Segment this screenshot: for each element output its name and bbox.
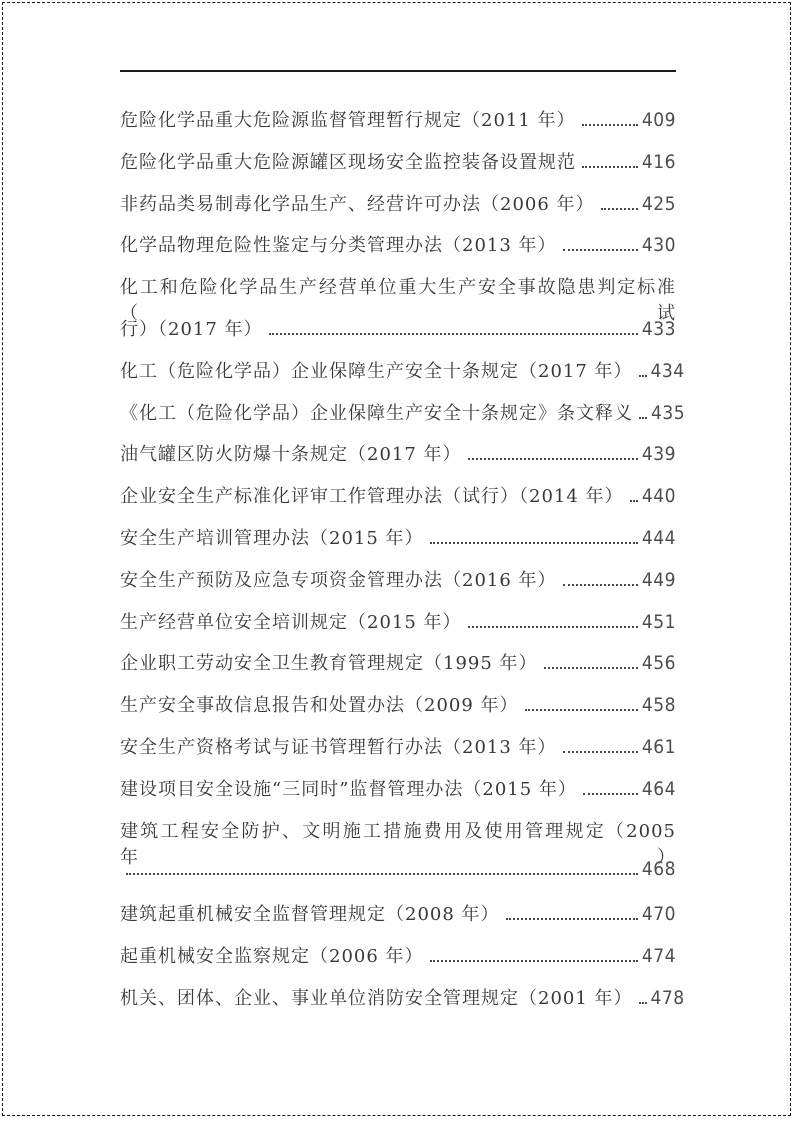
toc-entry-title: 企业安全生产标准化评审工作管理办法（试行）（2014 年） <box>120 482 624 508</box>
leader-dots <box>525 709 638 711</box>
toc-entry-title: 安全生产预防及应急专项资金管理办法（2016 年） <box>120 566 557 592</box>
leader-dots <box>582 124 638 126</box>
toc-entry-title: 危险化学品重大危险源罐区现场安全监控装备设置规范 <box>120 148 576 174</box>
toc-page-number: 474 <box>642 945 676 967</box>
leader-dots <box>639 1002 647 1004</box>
toc-page-number: 439 <box>642 443 676 465</box>
leader-dots <box>544 667 638 669</box>
header-rule <box>120 70 676 72</box>
leader-dots <box>468 626 638 628</box>
leader-dots <box>269 333 638 335</box>
leader-dots <box>639 375 647 377</box>
toc-entry-title: 化工（危险化学品）企业保障生产安全十条规定（2017 年） <box>120 357 633 383</box>
toc-entry-line: 企业安全生产标准化评审工作管理办法（试行）（2014 年） 440 <box>120 471 676 513</box>
toc-entry-line: 建筑起重机械安全监督管理规定（2008 年） 470 <box>120 889 676 931</box>
toc-page-number: 468 <box>642 858 676 880</box>
toc-entry-line: 油气罐区防火防爆十条规定（2017 年） 439 <box>120 429 676 471</box>
toc-page-number: 470 <box>642 903 676 925</box>
toc-page: 危险化学品重大危险源监督管理暂行规定（2011 年） 409 危险化学品重大危险… <box>120 0 676 1015</box>
leader-dots <box>430 960 638 962</box>
toc-entry-line: 机关、团体、企业、事业单位消防安全管理规定（2001 年） 478 <box>120 973 676 1015</box>
toc-entry-line: 生产经营单位安全培训规定（2015 年） 451 <box>120 597 676 639</box>
toc-entry-line: 企业职工劳动安全卫生教育管理规定（1995 年） 456 <box>120 638 676 680</box>
toc-entry-line: 安全生产预防及应急专项资金管理办法（2016 年） 449 <box>120 555 676 597</box>
leader-dots <box>583 793 638 795</box>
toc-page-number: 449 <box>642 569 676 591</box>
leader-dots <box>126 873 638 875</box>
leader-dots <box>430 542 638 544</box>
leader-dots <box>563 584 638 586</box>
toc-page-number: 425 <box>642 193 676 215</box>
toc-entry-title: 《化工（危险化学品）企业保障生产安全十条规定》条文释义 <box>120 399 633 425</box>
toc-page-number: 430 <box>642 234 676 256</box>
toc-entry-line: 危险化学品重大危险源监督管理暂行规定（2011 年） 409 <box>120 95 676 137</box>
leader-dots <box>601 208 638 210</box>
toc-entry-line: 建筑工程安全防护、文明施工措施费用及使用管理规定（2005 年） <box>120 806 676 848</box>
toc-entry-title: 建筑起重机械安全监督管理规定（2008 年） <box>120 900 500 926</box>
leader-dots <box>639 417 647 419</box>
leader-dots <box>563 751 638 753</box>
toc-page-number: 409 <box>642 109 676 131</box>
toc-entry-title: 安全生产培训管理办法（2015 年） <box>120 524 424 550</box>
toc-entry-line: 建设项目安全设施“三同时”监督管理办法（2015 年） 464 <box>120 764 676 806</box>
toc-entry-line: 起重机械安全监察规定（2006 年） 474 <box>120 931 676 973</box>
toc-page-number: 464 <box>642 778 676 800</box>
toc-page-number: 456 <box>642 652 676 674</box>
toc-entry-title: 起重机械安全监察规定（2006 年） <box>120 942 424 968</box>
toc-entry-line: 危险化学品重大危险源罐区现场安全监控装备设置规范 416 <box>120 137 676 179</box>
leader-dots <box>582 166 638 168</box>
toc-entry-title: 油气罐区防火防爆十条规定（2017 年） <box>120 440 462 466</box>
toc-entry-line: 化工（危险化学品）企业保障生产安全十条规定（2017 年） 434 <box>120 346 676 388</box>
leader-dots <box>630 500 638 502</box>
toc-page-number: 434 <box>651 360 685 382</box>
toc-entry-title: 机关、团体、企业、事业单位消防安全管理规定（2001 年） <box>120 984 633 1010</box>
toc-entry-line: 安全生产资格考试与证书管理暂行办法（2013 年） 461 <box>120 722 676 764</box>
toc-entry-title: 生产经营单位安全培训规定（2015 年） <box>120 608 462 634</box>
toc-entry-title: 安全生产资格考试与证书管理暂行办法（2013 年） <box>120 733 557 759</box>
toc-page-number: 451 <box>642 611 676 633</box>
toc-page-number: 440 <box>642 485 676 507</box>
toc-page-number: 478 <box>651 987 685 1009</box>
toc-entry-title: 企业职工劳动安全卫生教育管理规定（1995 年） <box>120 649 538 675</box>
toc-entry-line: 化工和危险化学品生产经营单位重大生产安全事故隐患判定标准（试 <box>120 262 676 304</box>
toc-page-number: 461 <box>642 736 676 758</box>
toc-entry-title: 化学品物理危险性鉴定与分类管理办法（2013 年） <box>120 231 557 257</box>
leader-dots <box>468 458 638 460</box>
toc-page-number: 435 <box>651 402 685 424</box>
toc-entry-title: 建设项目安全设施“三同时”监督管理办法（2015 年） <box>120 775 577 801</box>
toc-page-number: 458 <box>642 694 676 716</box>
toc-entry-line: 化学品物理危险性鉴定与分类管理办法（2013 年） 430 <box>120 220 676 262</box>
toc-entry-title: 非药品类易制毒化学品生产、经营许可办法（2006 年） <box>120 190 595 216</box>
toc-entry-title: 危险化学品重大危险源监督管理暂行规定（2011 年） <box>120 106 576 132</box>
toc-entry-title: 行）（2017 年） <box>120 315 263 341</box>
toc-entry-line: 安全生产培训管理办法（2015 年） 444 <box>120 513 676 555</box>
leader-dots <box>563 249 638 251</box>
toc-entry-title: 生产安全事故信息报告和处置办法（2009 年） <box>120 691 519 717</box>
toc-page-number: 444 <box>642 527 676 549</box>
toc-page-number: 416 <box>642 151 676 173</box>
toc-entry-title: 建筑工程安全防护、文明施工措施费用及使用管理规定（2005 年） <box>120 817 676 869</box>
leader-dots <box>506 918 638 920</box>
toc-entry-line: 《化工（危险化学品）企业保障生产安全十条规定》条文释义 435 <box>120 388 676 430</box>
toc-entry-line: 非药品类易制毒化学品生产、经营许可办法（2006 年） 425 <box>120 179 676 221</box>
toc-list: 危险化学品重大危险源监督管理暂行规定（2011 年） 409 危险化学品重大危险… <box>120 95 676 1015</box>
toc-entry-line: 生产安全事故信息报告和处置办法（2009 年） 458 <box>120 680 676 722</box>
toc-page-number: 433 <box>642 318 676 340</box>
